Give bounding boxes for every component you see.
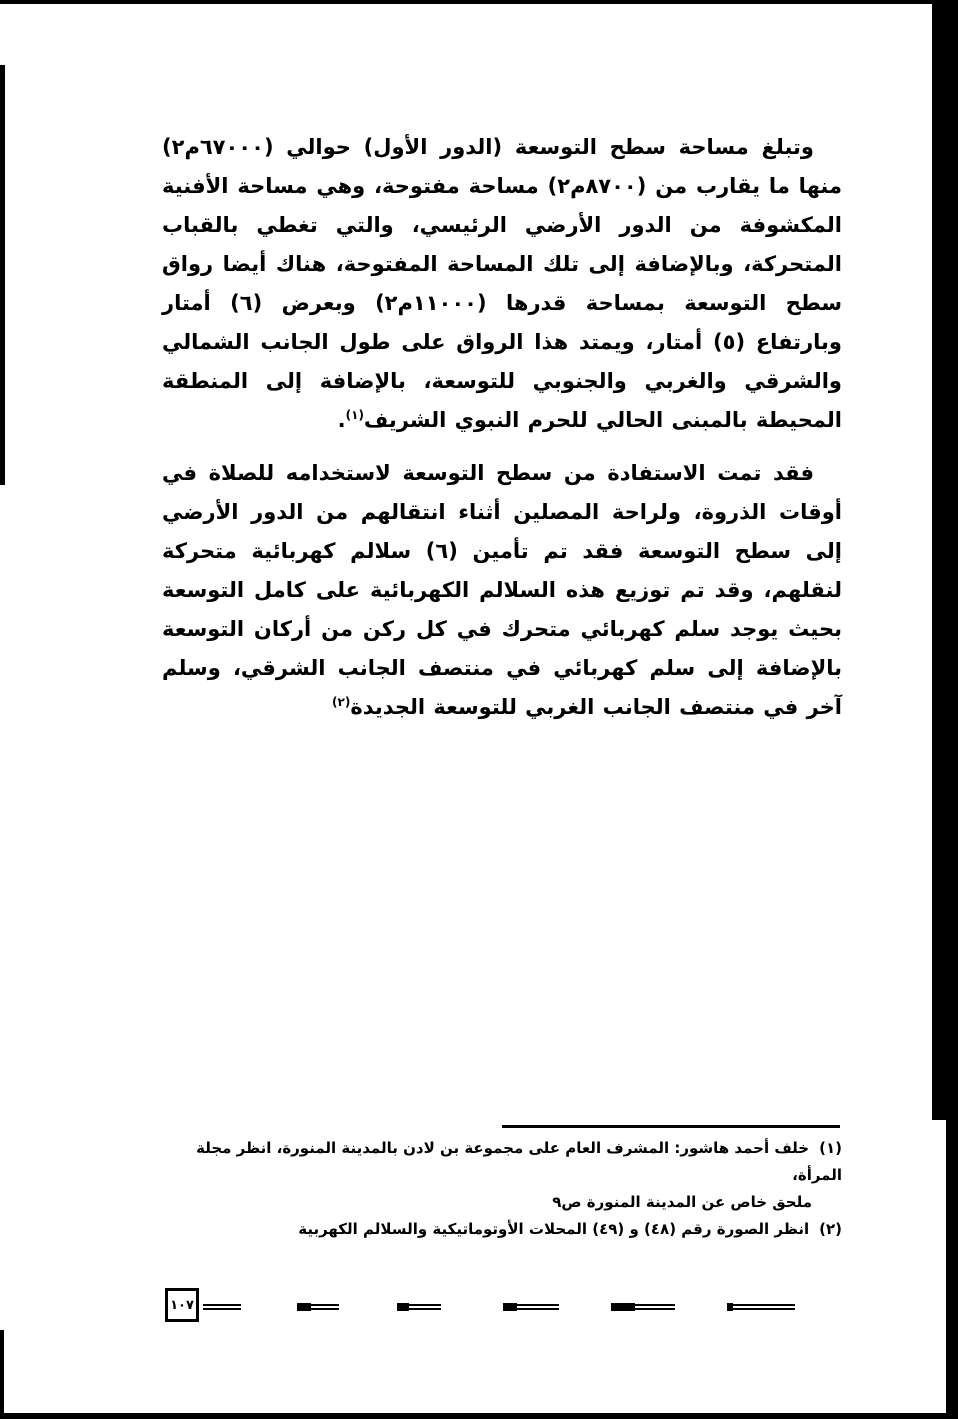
footnotes: (١)خلف أحمد هاشور: المشرف العام على مجمو… <box>162 1135 842 1243</box>
footer-decorative-ornament <box>397 1303 409 1311</box>
footnote-1-text: خلف أحمد هاشور: المشرف العام على مجموعة … <box>196 1139 842 1184</box>
paragraph-1-end: . <box>338 408 346 432</box>
footnote-2: (٢)انظر الصورة رقم (٤٨) و (٤٩) المحلات ا… <box>162 1216 842 1243</box>
scan-border-right <box>932 0 958 1120</box>
footer-decorative-ornament <box>727 1303 733 1311</box>
paragraph-1-text: وتبلغ مساحة سطح التوسعة (الدور الأول) حو… <box>162 135 842 432</box>
scan-border-bottom <box>0 1413 958 1419</box>
footer-decorative-line <box>203 1304 241 1310</box>
page-footer: ١٠٧ <box>165 1288 845 1328</box>
footnote-divider <box>502 1125 840 1128</box>
paragraph-2-text: فقد تمت الاستفادة من سطح التوسعة لاستخدا… <box>162 461 842 719</box>
footer-decorative-ornament <box>611 1303 635 1311</box>
footnote-2-text: انظر الصورة رقم (٤٨) و (٤٩) المحلات الأو… <box>298 1220 809 1238</box>
footer-decorative-line <box>297 1304 339 1310</box>
scan-border-left-lower <box>0 1330 4 1419</box>
footnote-1-number: (١) <box>819 1135 842 1162</box>
footer-decorative-line <box>727 1304 795 1310</box>
footnote-1-continuation: ملحق خاص عن المدينة المنورة ص٩ <box>162 1189 842 1216</box>
footnote-ref-2[interactable]: (٢) <box>332 695 350 709</box>
footer-decorative-line <box>503 1304 559 1310</box>
scan-border-left <box>0 65 5 485</box>
footer-decorative-ornament <box>503 1303 517 1311</box>
footnote-1: (١)خلف أحمد هاشور: المشرف العام على مجمو… <box>162 1135 842 1216</box>
footer-decorative-line <box>397 1304 441 1310</box>
page-number: ١٠٧ <box>165 1288 199 1322</box>
scan-border-right-lower <box>946 1120 958 1419</box>
scan-border-top <box>0 0 958 4</box>
footer-decorative-line <box>611 1304 675 1310</box>
page-body: وتبلغ مساحة سطح التوسعة (الدور الأول) حو… <box>162 128 842 727</box>
paragraph-1: وتبلغ مساحة سطح التوسعة (الدور الأول) حو… <box>162 128 842 440</box>
footnote-2-number: (٢) <box>819 1216 842 1243</box>
footer-decorative-ornament <box>297 1303 311 1311</box>
paragraph-2: فقد تمت الاستفادة من سطح التوسعة لاستخدا… <box>162 454 842 727</box>
footnote-ref-1[interactable]: (١) <box>346 408 364 422</box>
